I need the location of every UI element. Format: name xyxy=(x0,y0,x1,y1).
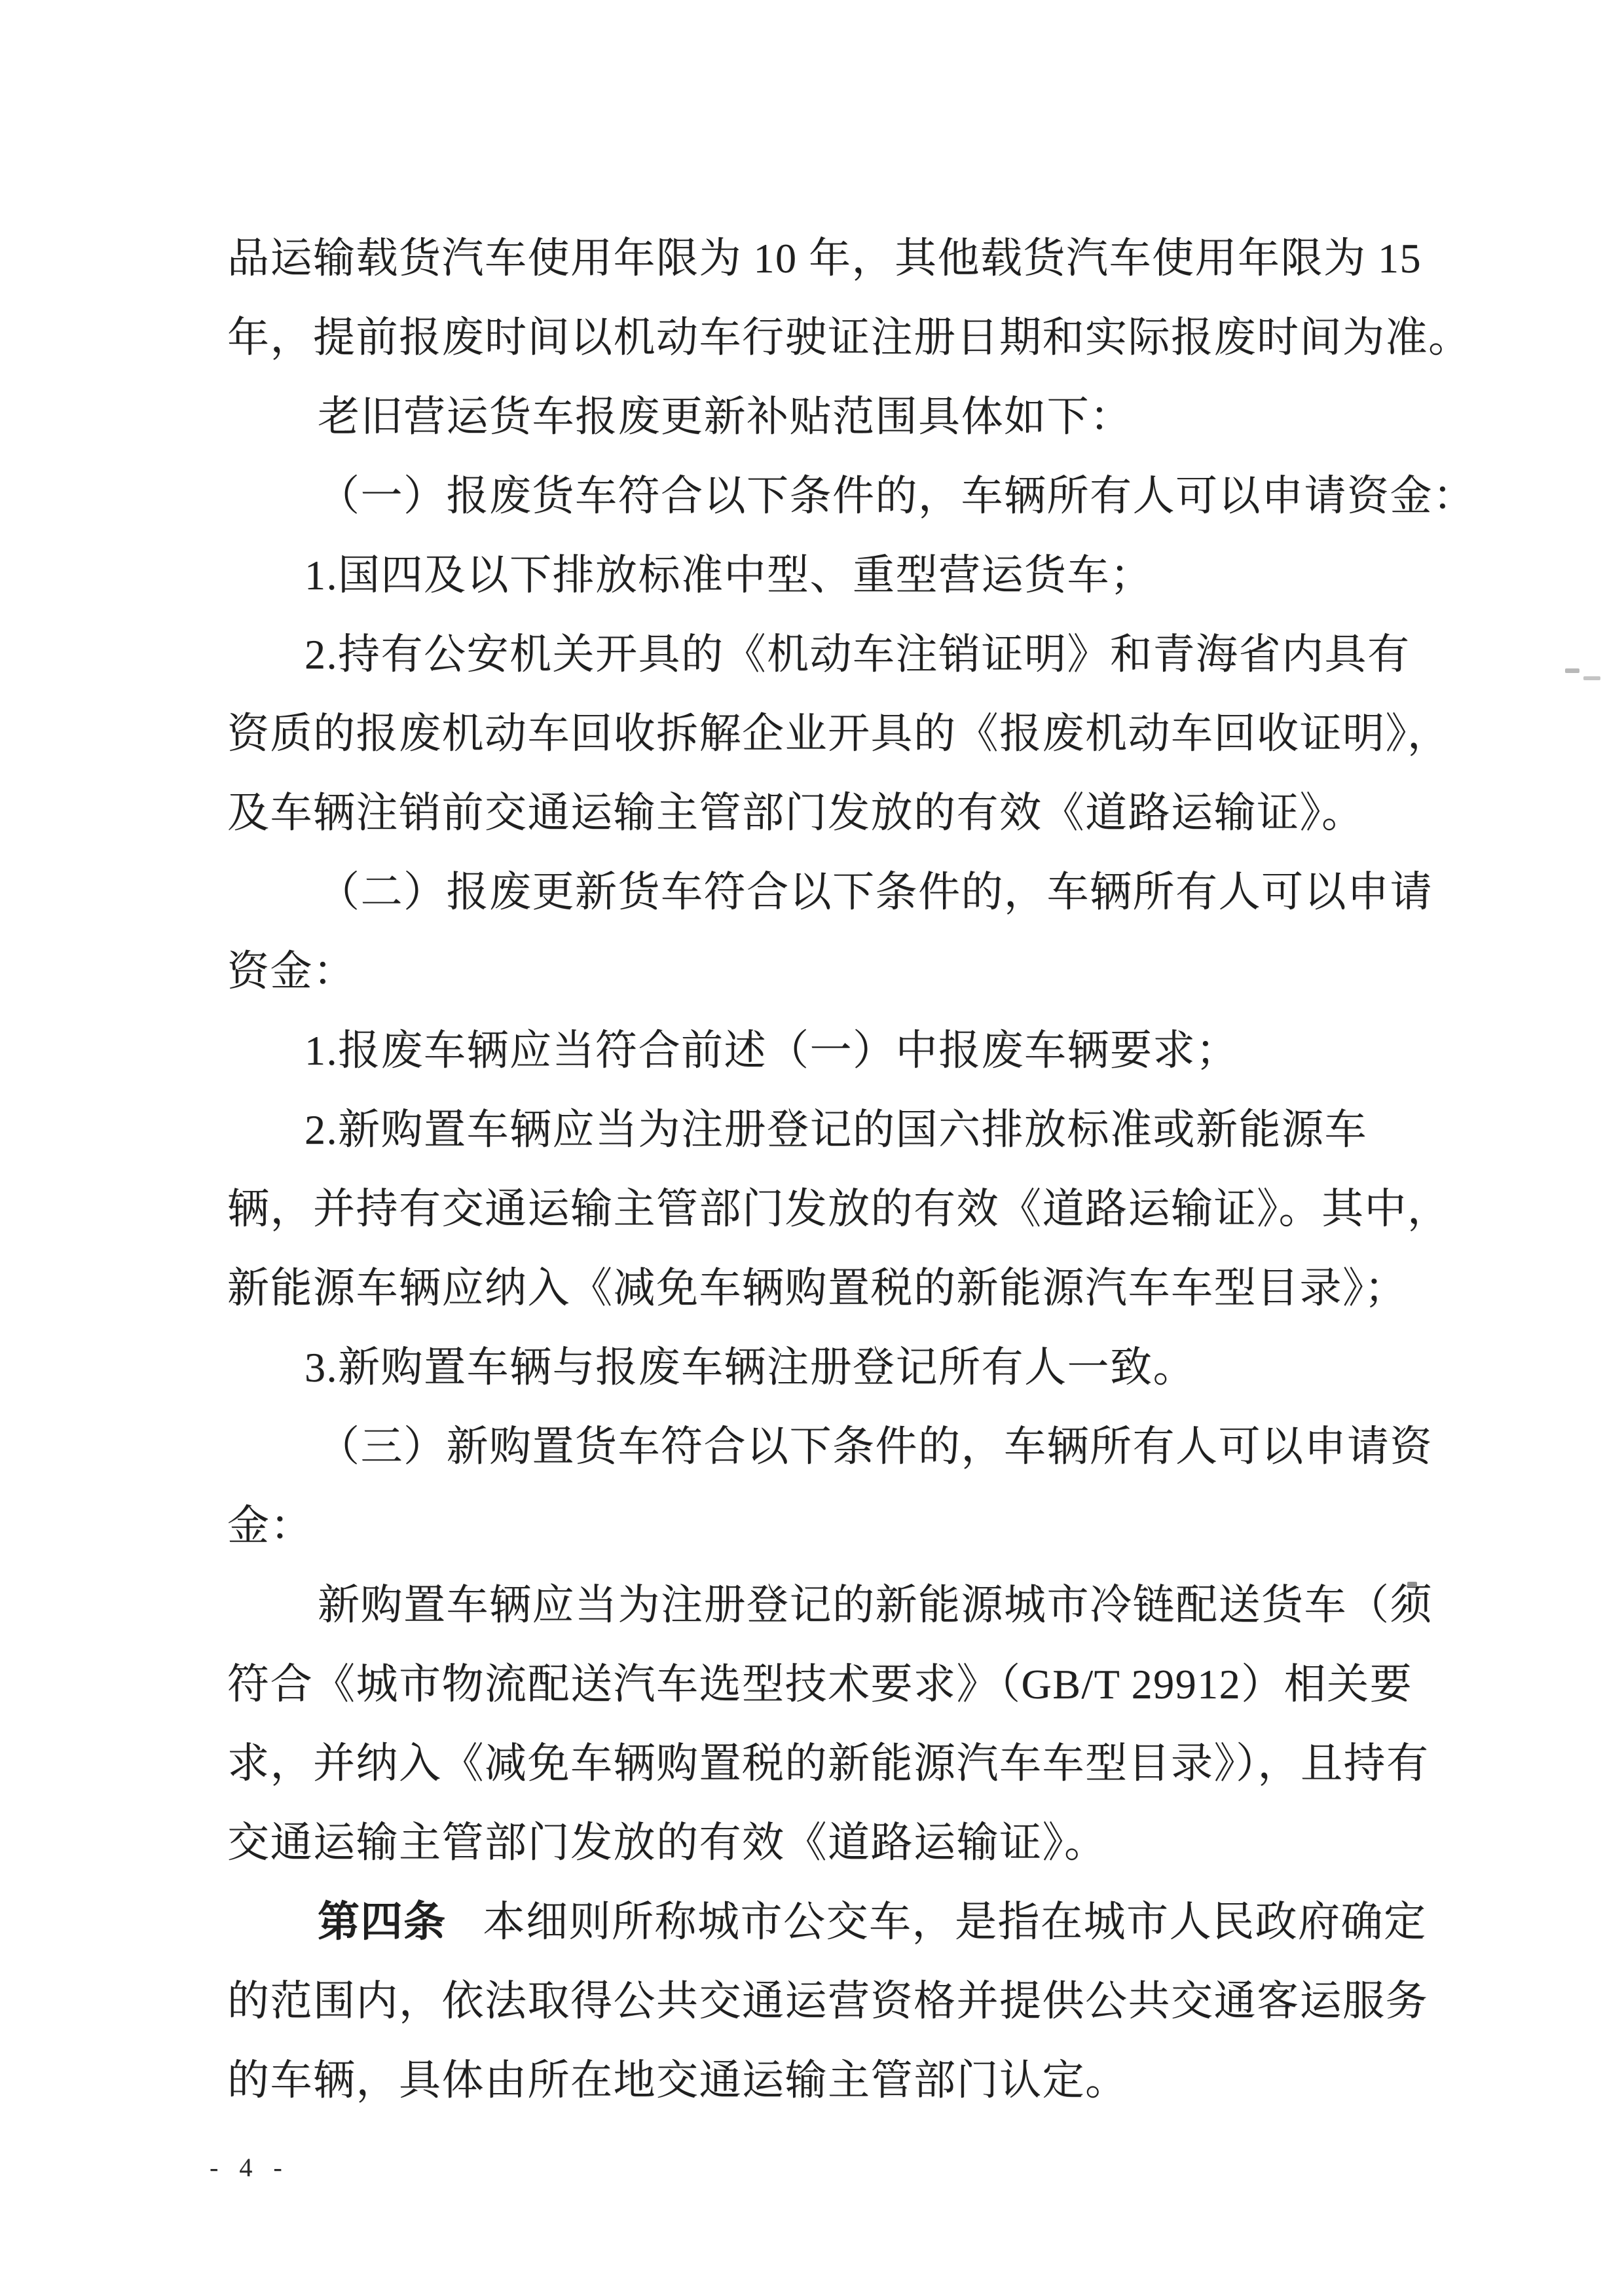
text-line: （一）报废货车符合以下条件的，车辆所有人可以申请资金： xyxy=(227,456,1465,536)
text-line: 资质的报废机动车回收拆解企业开具的《报废机动车回收证明》， xyxy=(227,694,1465,773)
text-line: 的车辆，具体由所在地交通运输主管部门认定。 xyxy=(227,2041,1465,2120)
text-line: 符合《城市物流配送汽车选型技术要求》（GB/T 29912）相关要 xyxy=(227,1645,1465,1724)
text-line: （二）报废更新货车符合以下条件的，车辆所有人可以申请 xyxy=(227,852,1465,932)
text-line: 及车辆注销前交通运输主管部门发放的有效《道路运输证》。 xyxy=(227,773,1465,852)
text-line: 1.报废车辆应当符合前述（一）中报废车辆要求； xyxy=(227,1011,1465,1090)
text-line: （三）新购置货车符合以下条件的，车辆所有人可以申请资 xyxy=(227,1407,1465,1486)
text-line: 新能源车辆应纳入《减免车辆购置税的新能源汽车车型目录》； xyxy=(227,1248,1465,1328)
text-line: 求，并纳入《减免车辆购置税的新能源汽车车型目录》），且持有 xyxy=(227,1724,1465,1803)
text-line: 新购置车辆应当为注册登记的新能源城市冷链配送货车（须 xyxy=(227,1565,1465,1645)
scan-artifact xyxy=(1565,668,1579,673)
page-number: - 4 - xyxy=(210,2152,289,2183)
article-text: 本细则所称城市公交车，是指在城市人民政府确定 xyxy=(483,1899,1427,1945)
text-line: 3.新购置车辆与报废车辆注册登记所有人一致。 xyxy=(227,1328,1465,1407)
text-line: 品运输载货汽车使用年限为 10 年，其他载货汽车使用年限为 15 xyxy=(227,219,1465,298)
text-line: 2.新购置车辆应当为注册登记的国六排放标准或新能源车 xyxy=(227,1090,1465,1169)
text-line: 1.国四及以下排放标准中型、重型营运货车； xyxy=(227,536,1465,615)
article-number-bold: 第四条 xyxy=(318,1899,447,1945)
text-line: 年，提前报废时间以机动车行驶证注册日期和实际报废时间为准。 xyxy=(227,298,1465,377)
document-body-text: 品运输载货汽车使用年限为 10 年，其他载货汽车使用年限为 15 年，提前报废时… xyxy=(227,219,1465,2120)
scanned-document-page: 品运输载货汽车使用年限为 10 年，其他载货汽车使用年限为 15 年，提前报废时… xyxy=(0,0,1624,2296)
scan-artifact xyxy=(1407,1582,1417,1587)
scan-artifact xyxy=(1583,676,1600,680)
text-line-article-4: 第四条本细则所称城市公交车，是指在城市人民政府确定 xyxy=(227,1882,1465,1961)
text-line: 老旧营运货车报废更新补贴范围具体如下： xyxy=(227,377,1465,456)
text-line: 交通运输主管部门发放的有效《道路运输证》。 xyxy=(227,1803,1465,1882)
text-line: 辆，并持有交通运输主管部门发放的有效《道路运输证》。其中， xyxy=(227,1169,1465,1248)
text-line: 资金： xyxy=(227,932,1465,1011)
text-line: 金： xyxy=(227,1486,1465,1565)
text-line: 的范围内，依法取得公共交通运营资格并提供公共交通客运服务 xyxy=(227,1961,1465,2041)
text-line: 2.持有公安机关开具的《机动车注销证明》和青海省内具有 xyxy=(227,615,1465,694)
